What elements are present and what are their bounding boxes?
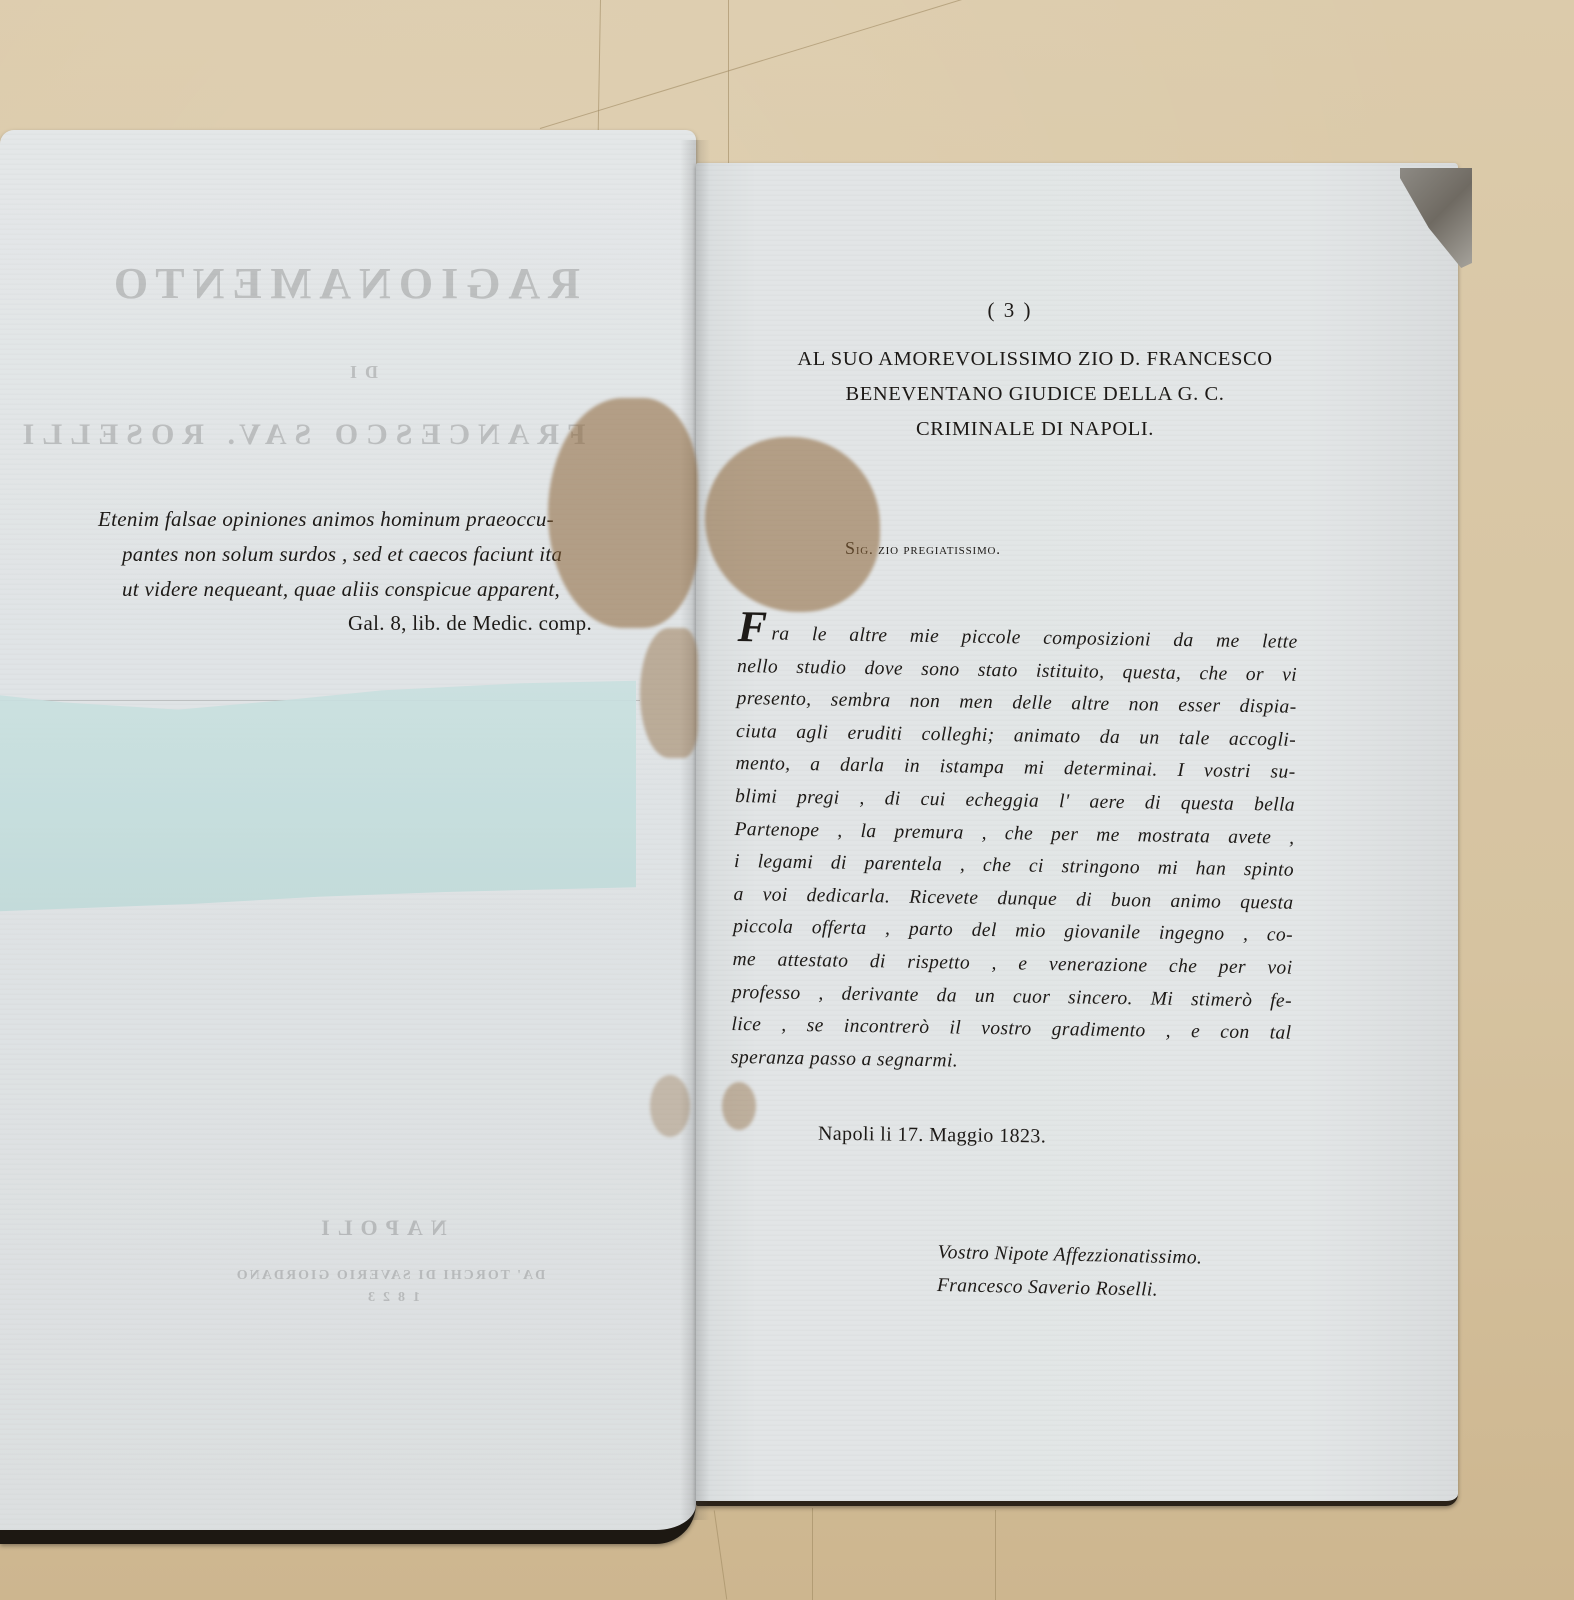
drop-cap: F bbox=[737, 602, 768, 651]
dedication-heading-line: CRIMINALE DI NAPOLI. bbox=[760, 412, 1310, 447]
water-stain bbox=[548, 398, 698, 628]
page-number: ( 3 ) bbox=[980, 298, 1040, 323]
table-grid-line bbox=[728, 0, 729, 165]
show-through-author: FRANCESCO SAV. ROSELLI bbox=[0, 418, 600, 452]
show-through-place: NAPOLI bbox=[250, 1215, 510, 1241]
water-stain bbox=[640, 628, 698, 758]
water-stain bbox=[650, 1075, 690, 1137]
dedication-heading: AL SUO AMOREVOLISSIMO ZIO D. FRANCESCO B… bbox=[760, 342, 1310, 447]
dedication-heading-line: AL SUO AMOREVOLISSIMO ZIO D. FRANCESCO bbox=[760, 342, 1310, 377]
show-through-di: DI bbox=[320, 362, 400, 383]
letter-body: Fra le altre mie piccole composizioni da… bbox=[731, 612, 1298, 1083]
table-grid-line bbox=[812, 1508, 813, 1600]
table-grid-line bbox=[995, 1510, 996, 1600]
signature-name: Francesco Saverio Roselli. bbox=[937, 1269, 1202, 1308]
repair-tape bbox=[0, 676, 636, 916]
show-through-title: RAGIONAMENTO bbox=[160, 258, 580, 309]
dedication-heading-line: BENEVENTANO GIUDICE DELLA G. C. bbox=[760, 377, 1310, 412]
signature: Vostro Nipote Affezzionatissimo. Frances… bbox=[937, 1236, 1203, 1308]
book-gutter bbox=[680, 140, 710, 1520]
show-through-year: 1823 bbox=[330, 1290, 450, 1306]
date-line: Napoli li 17. Maggio 1823. bbox=[818, 1123, 1046, 1149]
signature-closing: Vostro Nipote Affezzionatissimo. bbox=[937, 1236, 1202, 1275]
water-stain bbox=[722, 1082, 756, 1130]
show-through-press: DA' TORCHI DI SAVERIO GIORDANO bbox=[180, 1268, 600, 1284]
